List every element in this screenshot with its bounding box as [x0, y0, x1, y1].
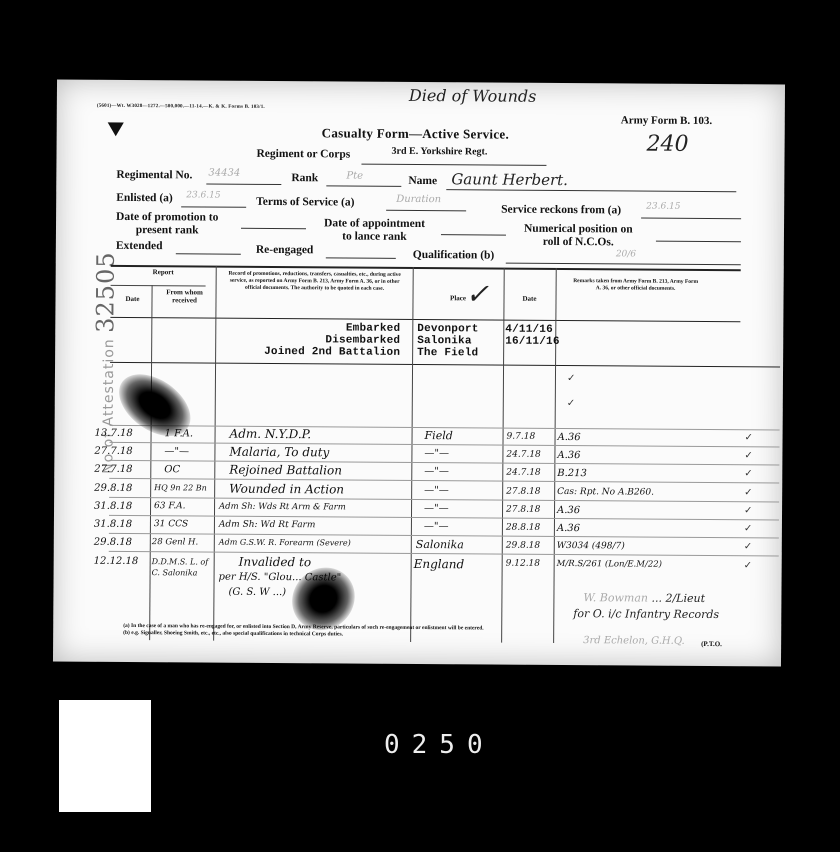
white-card — [59, 700, 151, 812]
service-reckons-value: 23.6.15 — [646, 202, 680, 212]
table-row: 13.7.18 1 F.A. Adm. N.Y.D.P. Field 9.7.1… — [57, 79, 785, 84]
table-row: 27.7.18 —"— Malaria, To duty —"— 24.7.18… — [57, 79, 785, 84]
service-reckons-label: Service reckons from (a) — [501, 204, 621, 217]
table-row: 27.7.18 OC Rejoined Battalion —"— 24.7.1… — [57, 79, 785, 84]
header-report: Report — [116, 268, 211, 277]
typed-date: 4/11/16 16/11/16 — [505, 324, 560, 348]
table-row: 31.8.18 31 CCS Adm Sh: Wd Rt Farm —"— 28… — [57, 79, 785, 84]
casualty-form-sheet: (5601)—Wt. W3028—1272.—500,000.—11-14.—K… — [53, 79, 785, 666]
header-remarks: Remarks taken from Army Form B. 213, Arm… — [571, 278, 701, 293]
rank-label: Rank — [291, 172, 318, 184]
form-number: Army Form B. 103. — [621, 114, 712, 127]
table-row: 29.8.18 28 Genl H. Adm G.S.W. R. Forearm… — [57, 79, 785, 84]
table-row: 29.8.18 HQ 9n 22 Bn Wounded in Action —"… — [57, 79, 785, 84]
regimental-no-value: 34434 — [208, 168, 240, 179]
form-title: Casualty Form—Active Service. — [322, 125, 510, 142]
lance-rank-appointment-label: Date of appointment to lance rank — [324, 217, 425, 244]
handwritten-number: 240 — [647, 132, 689, 157]
qualification-value: 20/6 — [616, 249, 636, 259]
header-record: Record of promotions, reductions, transf… — [222, 271, 408, 293]
qualification-label: Qualification (b) — [413, 249, 495, 262]
typed-record: Embarked Disembarked Joined 2nd Battalio… — [250, 322, 400, 359]
signature-line-3: 3rd Echelon, G.H.Q. — [583, 635, 685, 647]
arrow-mark-icon — [104, 115, 124, 136]
header-from-whom: From whom received — [155, 288, 213, 304]
header-date: Date — [113, 295, 151, 303]
signature-line-1: W. Bowman ... 2/Lieut — [583, 591, 705, 605]
extended-label: Extended — [116, 240, 163, 252]
terms-of-service-value: Duration — [396, 194, 441, 205]
pto-label: (P.T.O. — [701, 641, 722, 648]
annotation-died-of-wounds: Died of Wounds — [409, 86, 537, 106]
check-mark-icon: ✓ — [465, 277, 489, 310]
typed-place: Devonport Salonika The Field — [417, 323, 478, 359]
frame-counter: 0250 — [384, 730, 495, 760]
enlisted-label: Enlisted (a) — [116, 192, 173, 204]
header-date-2: Date — [505, 295, 553, 303]
reengaged-label: Re-engaged — [256, 244, 314, 256]
table-row: 31.8.18 63 F.A. Adm Sh: Wds Rt Arm & Far… — [57, 79, 785, 84]
nco-position-label: Numerical position on roll of N.C.Os. — [524, 223, 633, 250]
print-line: (5601)—Wt. W3028—1272.—500,000.—11-14.—K… — [97, 104, 265, 110]
name-value: Gaunt Herbert. — [451, 170, 568, 189]
table-row: 12.12.18 D.D.M.S. L. of C. Salonika Inva… — [57, 79, 785, 84]
signature-line-2: for O. i/c Infantry Records — [573, 607, 719, 621]
regiment-label: Regiment or Corps — [256, 148, 350, 161]
enlisted-value: 23.6.15 — [186, 190, 220, 200]
name-label: Name — [408, 175, 437, 187]
side-stamp-number: 32505 — [91, 251, 120, 333]
promotion-date-label: Date of promotion to present rank — [116, 211, 219, 238]
terms-of-service-label: Terms of Service (a) — [256, 196, 354, 209]
rank-value: Pte — [346, 170, 363, 181]
regimental-no-label: Regimental No. — [116, 169, 192, 182]
footnote-b: (b) e.g. Signaller, Shoeing Smith, etc.,… — [123, 630, 343, 639]
regiment-value: 3rd E. Yorkshire Regt. — [392, 146, 488, 158]
